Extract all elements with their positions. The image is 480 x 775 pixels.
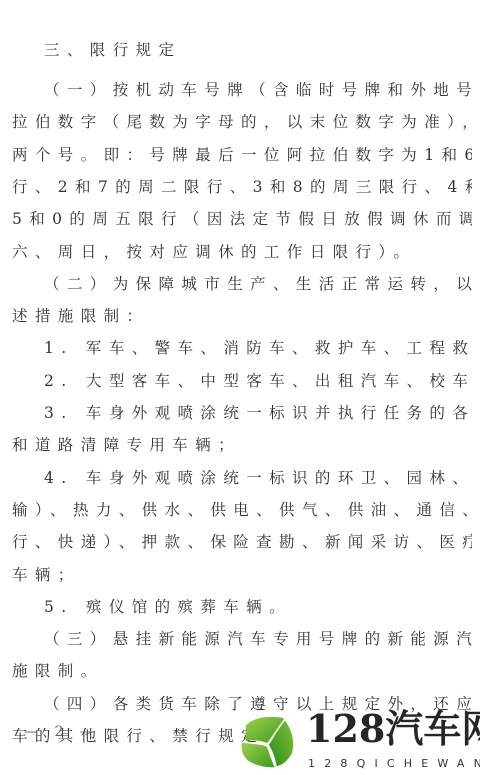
text-line: 拉伯数字（尾数为字母的，以末位数字为准），工作日每天限行 — [12, 112, 472, 132]
document-page: 三、限行规定 （一）按机动车号牌（含临时号牌和外地号牌）最后一位阿拉伯数字（尾数… — [0, 0, 480, 775]
text-line: （一）按机动车号牌（含临时号牌和外地号牌）最后一位阿 — [44, 80, 472, 100]
text-line: 两个号。即：号牌最后一位阿拉伯数字为1和6的机动车周一限 — [12, 145, 472, 165]
text-line: 1. 军车、警车、消防车、救护车、工程救险车； — [44, 338, 472, 358]
text-line: 施限制。 — [12, 661, 472, 681]
text-line: 六、周日，按对应调休的工作日限行）。 — [12, 242, 472, 262]
text-line: （三）悬挂新能源汽车专用号牌的新能源汽车，不受上述措 — [44, 629, 472, 649]
text-line: 车辆； — [12, 565, 472, 585]
text-line: 4. 车身外观喷涂统一标识的环卫、园林、市政（含污泥运 — [44, 468, 472, 488]
text-line: 2. 大型客车、中型客车、出租汽车、校车； — [44, 371, 472, 391]
text-line: 述措施限制： — [12, 306, 472, 326]
section-title: 三、限行规定 — [44, 40, 472, 60]
text-line: 和道路清障专用车辆； — [12, 435, 472, 455]
text-line: 行、快递）、押款、保险查勘、新闻采访、医疗废物转运等专用 — [12, 532, 472, 552]
watermark-title: 128汽车网 — [306, 705, 480, 753]
watermark-subtitle: 128QICHEWANG — [308, 757, 480, 770]
text-line: （二）为保障城市生产、生活正常运转，以下机动车不受上 — [44, 274, 472, 294]
leaf-logo-icon — [238, 711, 296, 771]
text-line: 3. 车身外观喷涂统一标识并执行任务的各类行政执法车辆 — [44, 403, 472, 423]
text-line: 5. 殡仪馆的殡葬车辆。 — [44, 597, 472, 617]
text-line: 行、2和7的周二限行、3和8的周三限行、4和9的周四限行、 — [12, 177, 472, 197]
text-line: 输）、热力、供水、供电、供气、供油、通信、邮政（含报刊发 — [12, 500, 472, 520]
page-number: — 2 — — [24, 724, 100, 740]
watermark-logo: 128汽车网 128QICHEWANG — [238, 711, 478, 773]
text-line: 5和0的周五限行（因法定节假日放假调休而调整为上班的周 — [12, 209, 472, 229]
